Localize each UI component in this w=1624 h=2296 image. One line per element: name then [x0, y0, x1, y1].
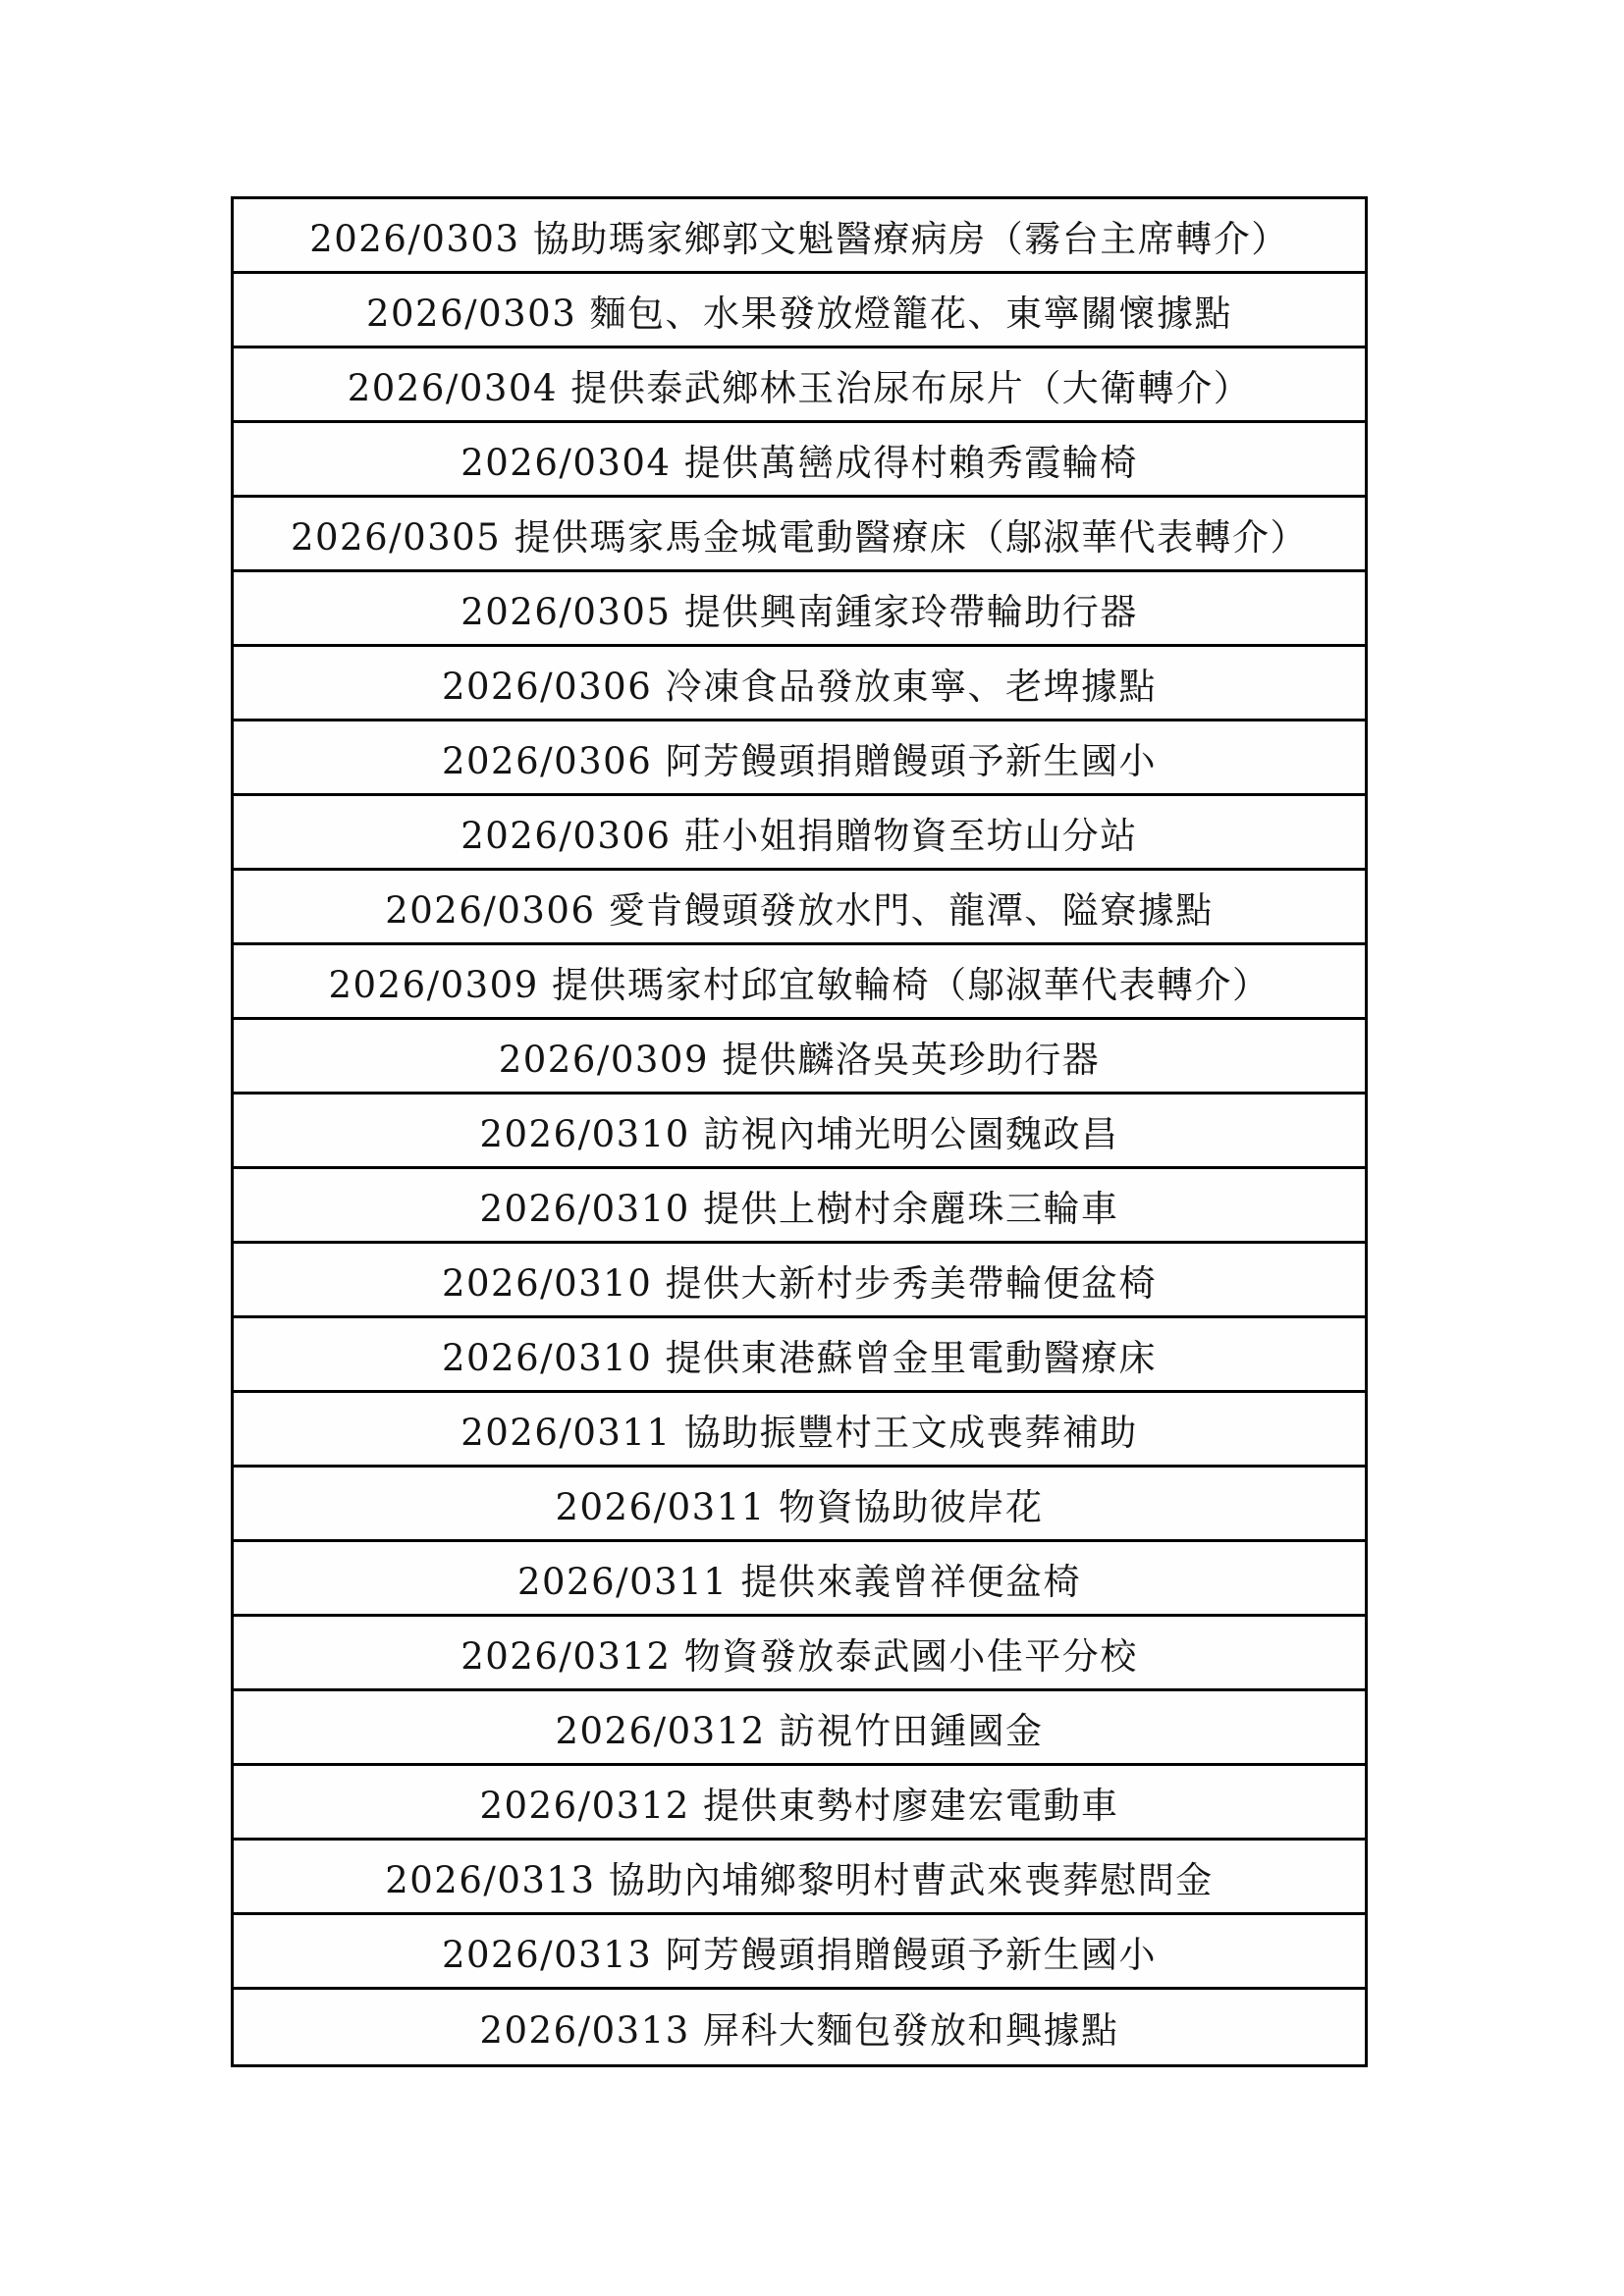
row-text: 2026/0309 提供麟洛吳英珍助行器	[499, 1030, 1101, 1083]
table-row: 2026/0309 提供瑪家村邱宜敏輪椅（鄔淑華代表轉介）	[234, 945, 1365, 1020]
table-row: 2026/0312 物資發放泰武國小佳平分校	[234, 1617, 1365, 1691]
table-row: 2026/0313 屏科大麵包發放和興據點	[234, 1990, 1365, 2064]
row-text: 2026/0310 提供大新村步秀美帶輪便盆椅	[442, 1254, 1157, 1307]
row-text: 2026/0313 屏科大麵包發放和興據點	[479, 2001, 1118, 2054]
row-text: 2026/0306 莊小姐捐贈物資至坊山分站	[460, 806, 1138, 859]
table-row: 2026/0310 提供東港蘇曾金里電動醫療床	[234, 1318, 1365, 1393]
table-row: 2026/0311 協助振豐村王文成喪葬補助	[234, 1393, 1365, 1468]
table-row: 2026/0312 提供東勢村廖建宏電動車	[234, 1766, 1365, 1841]
row-text: 2026/0309 提供瑪家村邱宜敏輪椅（鄔淑華代表轉介）	[328, 955, 1270, 1008]
row-text: 2026/0306 阿芳饅頭捐贈饅頭予新生國小	[442, 731, 1157, 784]
row-text: 2026/0303 協助瑪家鄉郭文魁醫療病房（霧台主席轉介）	[309, 209, 1289, 262]
row-text: 2026/0311 協助振豐村王文成喪葬補助	[460, 1403, 1138, 1456]
table-row: 2026/0311 提供來義曾祥便盆椅	[234, 1542, 1365, 1617]
row-text: 2026/0304 提供萬巒成得村賴秀霞輪椅	[460, 433, 1138, 486]
table-row: 2026/0306 愛肯饅頭發放水門、龍潭、隘寮據點	[234, 871, 1365, 945]
row-text: 2026/0306 冷凍食品發放東寧、老埤據點	[442, 657, 1157, 710]
table-row: 2026/0304 提供萬巒成得村賴秀霞輪椅	[234, 423, 1365, 498]
table-row: 2026/0312 訪視竹田鍾國金	[234, 1691, 1365, 1766]
row-text: 2026/0305 提供興南鍾家玲帶輪助行器	[460, 582, 1138, 635]
table-row: 2026/0313 阿芳饅頭捐贈饅頭予新生國小	[234, 1915, 1365, 1990]
row-text: 2026/0305 提供瑪家馬金城電動醫療床（鄔淑華代表轉介）	[291, 507, 1308, 561]
table-row: 2026/0303 麵包、水果發放燈籠花、東寧關懷據點	[234, 274, 1365, 348]
table-row: 2026/0310 訪視內埔光明公園魏政昌	[234, 1095, 1365, 1169]
row-text: 2026/0311 提供來義曾祥便盆椅	[517, 1552, 1081, 1605]
table-row: 2026/0306 冷凍食品發放東寧、老埤據點	[234, 647, 1365, 721]
table-row: 2026/0306 莊小姐捐贈物資至坊山分站	[234, 796, 1365, 871]
table-row: 2026/0305 提供瑪家馬金城電動醫療床（鄔淑華代表轉介）	[234, 498, 1365, 572]
row-text: 2026/0310 提供上樹村余麗珠三輪車	[479, 1179, 1118, 1232]
table-row: 2026/0306 阿芳饅頭捐贈饅頭予新生國小	[234, 721, 1365, 796]
table-row: 2026/0309 提供麟洛吳英珍助行器	[234, 1020, 1365, 1095]
document-page: 2026/0303 協助瑪家鄉郭文魁醫療病房（霧台主席轉介） 2026/0303…	[0, 0, 1624, 2296]
row-text: 2026/0303 麵包、水果發放燈籠花、東寧關懷據點	[366, 284, 1232, 337]
row-text: 2026/0310 提供東港蘇曾金里電動醫療床	[442, 1328, 1157, 1381]
table-row: 2026/0304 提供泰武鄉林玉治尿布尿片（大衛轉介）	[234, 348, 1365, 423]
table-row: 2026/0313 協助內埔鄉黎明村曹武來喪葬慰問金	[234, 1841, 1365, 1915]
table-row: 2026/0310 提供大新村步秀美帶輪便盆椅	[234, 1244, 1365, 1318]
row-text: 2026/0310 訪視內埔光明公園魏政昌	[479, 1104, 1118, 1157]
table-row: 2026/0310 提供上樹村余麗珠三輪車	[234, 1169, 1365, 1244]
activity-log-table: 2026/0303 協助瑪家鄉郭文魁醫療病房（霧台主席轉介） 2026/0303…	[231, 196, 1368, 2067]
row-text: 2026/0304 提供泰武鄉林玉治尿布尿片（大衛轉介）	[348, 358, 1252, 411]
row-text: 2026/0312 提供東勢村廖建宏電動車	[479, 1776, 1118, 1829]
row-text: 2026/0312 訪視竹田鍾國金	[555, 1701, 1043, 1754]
table-row: 2026/0311 物資協助彼岸花	[234, 1468, 1365, 1542]
table-row: 2026/0305 提供興南鍾家玲帶輪助行器	[234, 572, 1365, 647]
row-text: 2026/0313 協助內埔鄉黎明村曹武來喪葬慰問金	[385, 1850, 1214, 1903]
row-text: 2026/0306 愛肯饅頭發放水門、龍潭、隘寮據點	[385, 881, 1214, 934]
row-text: 2026/0311 物資協助彼岸花	[555, 1477, 1043, 1530]
row-text: 2026/0313 阿芳饅頭捐贈饅頭予新生國小	[442, 1925, 1157, 1978]
table-row: 2026/0303 協助瑪家鄉郭文魁醫療病房（霧台主席轉介）	[234, 199, 1365, 274]
row-text: 2026/0312 物資發放泰武國小佳平分校	[460, 1627, 1138, 1680]
